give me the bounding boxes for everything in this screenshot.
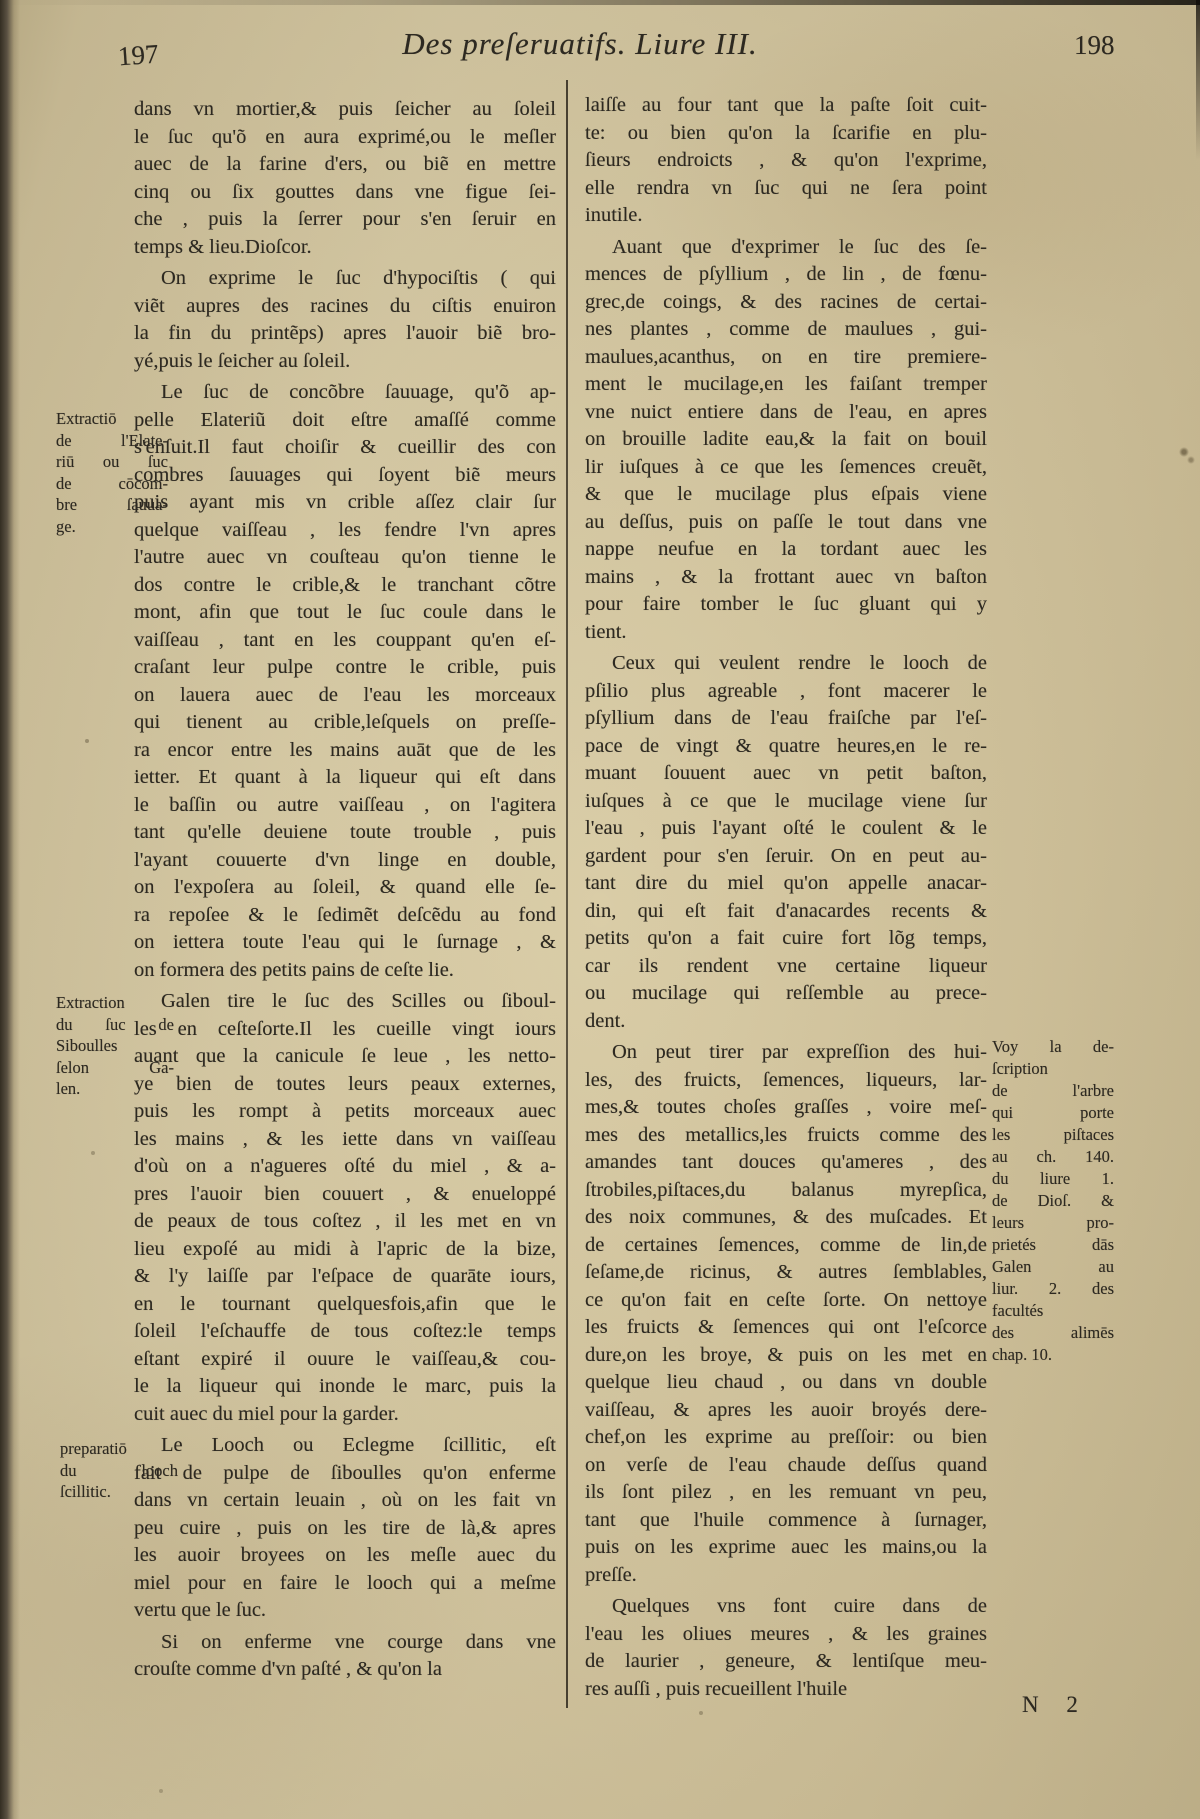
text-line: on l'expoſera au ſoleil, & quand elle ſe…	[134, 874, 556, 902]
text-line: l'eau , puis l'ayant oſté le coulent & l…	[585, 815, 987, 843]
text-line: lir iuſques à ce que les ſemences creuẽt…	[585, 454, 987, 482]
margin-note-line: ſcription	[992, 1058, 1114, 1080]
text-line: inutile.	[585, 202, 987, 230]
text-line: les mains , & les iette dans vn vaiſſeau	[134, 1126, 556, 1154]
text-line: gardent pour s'en ſeruir. On en peut au-	[585, 843, 987, 871]
text-line: ment le mucilage,en les faiſant tremper	[585, 371, 987, 399]
margin-note-line: len.	[56, 1078, 174, 1100]
paragraph: Quelques vns font cuire dans del'eau les…	[585, 1593, 987, 1703]
text-line: ſtrobiles,piſtaces,du balanus myrepſica,	[585, 1177, 987, 1205]
margin-note-line: ge.	[56, 516, 168, 538]
margin-note-line: des alimēs	[992, 1322, 1114, 1344]
text-line: nappe neufue en la tordant auec les	[585, 536, 987, 564]
text-line: ra encor entre les mains auāt que de les	[134, 737, 556, 765]
text-line: ſeſame,de ricinus, & autres ſemblables,	[585, 1259, 987, 1287]
text-line: mains , & la frottant auec vn baſton	[585, 564, 987, 592]
text-line: maulues,acanthus, on en tire premiere-	[585, 344, 987, 372]
text-line: ils ſont pilez , en les remuant vn peu,	[585, 1479, 987, 1507]
text-line: au deſſus, puis on paſſe le tout dans vn…	[585, 509, 987, 537]
text-line: laiſſe au four tant que la paſte ſoit cu…	[585, 92, 987, 120]
paragraph: Ceux qui veulent rendre le looch depſili…	[585, 650, 987, 1035]
text-line: iuſques à ce que le mucilage viene ſur	[585, 788, 987, 816]
text-line: Ceux qui veulent rendre le looch de	[585, 650, 987, 678]
margin-note-line: du liure 1.	[992, 1168, 1114, 1190]
ink-specks	[0, 0, 2, 2]
paragraph: laiſſe au four tant que la paſte ſoit cu…	[585, 92, 987, 230]
text-line: combres ſauuages qui ſoyent biẽ meurs	[134, 462, 556, 490]
text-line: l'autre auec vn couſteau qu'on tienne le	[134, 544, 556, 572]
text-line: en le tournant quelquesfois,afin que le	[134, 1291, 556, 1319]
margin-note-line: chap. 10.	[992, 1344, 1114, 1366]
paragraph: Si on enferme vne courge dans vnecrouſte…	[134, 1629, 556, 1684]
margin-note-siboulles: Extractiondu ſuc deSiboullesſelon Ga-len…	[56, 992, 174, 1100]
text-line: de laurier , geneure, & lentiſque meu-	[585, 1648, 987, 1676]
text-line: & l'y laiſſe par l'eſpace de quarāte iou…	[134, 1263, 556, 1291]
text-line: on lauera auec de l'eau les morceaux	[134, 682, 556, 710]
text-line: pelle Elateriũ doit eſtre amaſſé comme	[134, 407, 556, 435]
text-line: temps & lieu.Dioſcor.	[134, 234, 556, 262]
text-line: s'enſuit.Il faut choiſir & cueillir des …	[134, 434, 556, 462]
text-line: viẽt aupres des racines du ciſtis enuiro…	[134, 293, 556, 321]
text-line: cinq ou ſix gouttes dans vne figue ſei-	[134, 179, 556, 207]
text-line: dans vn mortier,& puis ſeicher au ſoleil	[134, 96, 556, 124]
margin-note-line: de l'Elate-	[56, 430, 168, 452]
text-line: ce qu'on fait en ceſte ſorte. On nettoye	[585, 1287, 987, 1315]
text-line: ſieurs endroicts , & qu'on l'exprime,	[585, 147, 987, 175]
book-page-scan: 197 Des preſeruatifs. Liure III. 198 dan…	[0, 0, 1200, 1819]
text-line: din, qui eſt fait d'anacardes recents &	[585, 898, 987, 926]
text-line: dans vn certain leuain , où on les fait …	[134, 1487, 556, 1515]
text-line: le baſſin ou autre vaiſſeau , on l'agite…	[134, 792, 556, 820]
text-line: miel pour en faire le looch qui a meſme	[134, 1570, 556, 1598]
text-line: dos contre le crible,& le tranchant cõtr…	[134, 572, 556, 600]
paragraph: Le ſuc de concõbre ſauuage, qu'õ ap-pell…	[134, 379, 556, 984]
text-line: pſyllium dans de l'eau fraiſche par l'eſ…	[585, 705, 987, 733]
text-line: vertu que le ſuc.	[134, 1597, 556, 1625]
margin-note-line: riū ou ſuc	[56, 451, 168, 473]
text-line: les en ceſteſorte.Il les cueille vingt i…	[134, 1016, 556, 1044]
text-line: mont, afin que tout le ſuc coule dans le	[134, 599, 556, 627]
binding-shadow	[0, 0, 20, 1819]
text-line: mences de pſyllium , de lin , de fœnu-	[585, 261, 987, 289]
text-line: ou mucilage qui reſſemble au prece-	[585, 980, 987, 1008]
paragraph: Galen tire le ſuc des Scilles ou ſiboul-…	[134, 988, 556, 1428]
text-line: chef,on les exprime au preſſoir: ou bien	[585, 1424, 987, 1452]
text-line: ra repoſee & le ſedimẽt deſcẽdu au fond	[134, 902, 556, 930]
paragraph: Auant que d'exprimer le ſuc des ſe-mence…	[585, 234, 987, 647]
text-line: l'eau les oliues meures , & les graines	[585, 1621, 987, 1649]
margin-note-line: du ſuc de	[56, 1014, 174, 1036]
page-number-left: 197	[117, 39, 160, 73]
margin-note-line: Extraction	[56, 992, 174, 1014]
margin-note-line: qui porte	[992, 1102, 1114, 1124]
text-line: lieu expoſé au midi à l'apric de la bize…	[134, 1236, 556, 1264]
text-line: mes,& toutes choſes graſſes , voire meſ-	[585, 1094, 987, 1122]
margin-note-line: les piſtaces	[992, 1124, 1114, 1146]
running-title: Des preſeruatifs. Liure III.	[300, 26, 860, 62]
margin-note-line: de cōcom-	[56, 473, 168, 495]
text-line: che , puis la ſerrer pour s'en ſeruir en	[134, 206, 556, 234]
paragraph: dans vn mortier,& puis ſeicher au ſoleil…	[134, 96, 556, 261]
text-line: les, des fruicts, ſemences, liqueurs, la…	[585, 1067, 987, 1095]
text-line: Auant que d'exprimer le ſuc des ſe-	[585, 234, 987, 262]
margin-note-elaterium: Extractiōde l'Elate-riū ou ſucde cōcom-b…	[56, 408, 168, 537]
text-line: puis les rompt à petits morceaux auec	[134, 1098, 556, 1126]
text-line: on iettera toute l'eau qui le ſurnage , …	[134, 929, 556, 957]
text-line: crouſte comme d'vn paſté , & qu'on la	[134, 1656, 556, 1684]
text-line: elle rendra vn ſuc qui ne ſera point	[585, 175, 987, 203]
text-line: vaiſſeau , tant en les couppant qu'en eſ…	[134, 627, 556, 655]
text-line: Quelques vns font cuire dans de	[585, 1593, 987, 1621]
text-line: les fruicts & ſemences qui ont l'eſcorce	[585, 1314, 987, 1342]
margin-note-line: ſelon Ga-	[56, 1057, 174, 1079]
text-line: de certaines ſemences, comme de lin,de	[585, 1232, 987, 1260]
text-line: puis ayant mis vn crible aſſez clair ſur	[134, 489, 556, 517]
text-line: tant dire du miel qu'on appelle anacar-	[585, 870, 987, 898]
text-line: craſant leur pulpe contre le crible, pui…	[134, 654, 556, 682]
margin-note-line: facultés	[992, 1300, 1114, 1322]
text-line: ye bien de toutes leurs peaux externes,	[134, 1071, 556, 1099]
text-line: pace de vingt & quatre heures,en le re-	[585, 733, 987, 761]
text-line: On peut tirer par expreſſion des hui-	[585, 1039, 987, 1067]
text-line: le la liqueur qui inonde le marc, puis l…	[134, 1373, 556, 1401]
text-line: les auoir broyees on les meſle auec du	[134, 1542, 556, 1570]
text-line: nes plantes , comme de maulues , gui-	[585, 316, 987, 344]
text-line: & que le mucilage plus eſpais viene	[585, 481, 987, 509]
margin-note-line: Siboulles	[56, 1035, 174, 1057]
text-line: Galen tire le ſuc des Scilles ou ſiboul-	[134, 988, 556, 1016]
text-line: qui tienent au crible,leſquels on preſſe…	[134, 709, 556, 737]
text-line: yé,puis le ſeicher au ſoleil.	[134, 348, 556, 376]
signature-mark: N 2	[1022, 1692, 1078, 1718]
page-edge-top	[0, 0, 1200, 5]
margin-note-line: de Dioſ. &	[992, 1190, 1114, 1212]
text-line: on formera des petits pains de ceſte lie…	[134, 957, 556, 985]
text-line: puis on les exprime auec les mains,ou la	[585, 1534, 987, 1562]
text-line: peu cuire , puis on les tire de là,& apr…	[134, 1515, 556, 1543]
text-line: amandes tant douces qu'ameres , des	[585, 1149, 987, 1177]
text-line: quelque vaiſſeau , les fendre l'vn apres	[134, 517, 556, 545]
text-line: d'où on a n'agueres oſté du miel , & a-	[134, 1153, 556, 1181]
margin-note-line: du looch	[60, 1460, 178, 1482]
text-line: preſſe.	[585, 1562, 987, 1590]
text-line: grec,de coings, & des racines de certai-	[585, 289, 987, 317]
text-line: car ils rendent vne certaine liqueur	[585, 953, 987, 981]
text-line: dure,on les broye, & puis on les met en	[585, 1342, 987, 1370]
right-column: laiſſe au four tant que la paſte ſoit cu…	[585, 92, 987, 1703]
text-line: pour faire tomber le ſuc gluant qui y	[585, 591, 987, 619]
text-line: on brouille ladite eau,& la fait on boui…	[585, 426, 987, 454]
margin-note-line: prietés dās	[992, 1234, 1114, 1256]
margin-note-line: leurs pro-	[992, 1212, 1114, 1234]
text-line: muant ſouuent auec vn petit baſton,	[585, 760, 987, 788]
text-line: pſilio plus agreable , font macerer le	[585, 678, 987, 706]
left-column: dans vn mortier,& puis ſeicher au ſoleil…	[134, 96, 556, 1684]
text-line: pres l'auoir bien couuert , & enueloppé	[134, 1181, 556, 1209]
text-line: vne nuict entiere dans de l'eau, en apre…	[585, 399, 987, 427]
paragraph: On peut tirer par expreſſion des hui-les…	[585, 1039, 987, 1589]
text-line: ſoleil l'eſchauffe de tous coſtez:le tem…	[134, 1318, 556, 1346]
text-line: vaiſſeau, & apres les auoir broyés dere-	[585, 1397, 987, 1425]
text-line: On exprime le ſuc d'hypociſtis ( qui	[134, 265, 556, 293]
text-line: Le Looch ou Eclegme ſcillitic, eſt	[134, 1432, 556, 1460]
margin-note-line: liur. 2. des	[992, 1278, 1114, 1300]
margin-note-line: preparatiō	[60, 1438, 178, 1460]
text-line: cuit auec du miel pour la garder.	[134, 1401, 556, 1429]
text-line: quelque lieu chaud , ou dans vn double	[585, 1369, 987, 1397]
paragraph: On exprime le ſuc d'hypociſtis ( quiviẽt…	[134, 265, 556, 375]
margin-note-line: Extractiō	[56, 408, 168, 430]
margin-note-looch: preparatiōdu loochſcillitic.	[60, 1438, 178, 1503]
margin-note-pistaces-reference: Voy la de-ſcriptionde l'arbrequi portele…	[992, 1036, 1114, 1366]
text-line: te: ou bien qu'on la ſcarifie en plu-	[585, 120, 987, 148]
text-line: mes des metallics,les fruicts comme des	[585, 1122, 987, 1150]
text-line: ietter. Et quant à la liqueur qui eſt da…	[134, 764, 556, 792]
text-line: dent.	[585, 1008, 987, 1036]
text-line: tant que l'huile commence à ſurnager,	[585, 1507, 987, 1535]
text-line: Le ſuc de concõbre ſauuage, qu'õ ap-	[134, 379, 556, 407]
column-divider	[566, 80, 568, 1708]
page-number-right: 198	[1074, 30, 1115, 61]
margin-note-line: Galen au	[992, 1256, 1114, 1278]
text-line: la fin du printẽps) apres l'auoir biẽ br…	[134, 320, 556, 348]
margin-note-line: au ch. 140.	[992, 1146, 1114, 1168]
text-line: Si on enferme vne courge dans vne	[134, 1629, 556, 1657]
margin-note-line: Voy la de-	[992, 1036, 1114, 1058]
page-edge-right	[1196, 0, 1200, 160]
text-line: res auſſi , puis recueillent l'huile	[585, 1676, 987, 1704]
text-line: des noix communes, & des muſcades. Et	[585, 1204, 987, 1232]
text-line: tant qu'elle deuiene toute trouble , pui…	[134, 819, 556, 847]
text-line: fait de pulpe de ſiboulles qu'on enferme	[134, 1460, 556, 1488]
margin-note-line: ſcillitic.	[60, 1481, 178, 1503]
margin-note-line: bre ſauua-	[56, 494, 168, 516]
text-line: tient.	[585, 619, 987, 647]
text-line: auec de la farine d'ers, ou biẽ en mettr…	[134, 151, 556, 179]
margin-note-line: de l'arbre	[992, 1080, 1114, 1102]
text-line: eſtant expiré il ouure le vaiſſeau,& cou…	[134, 1346, 556, 1374]
text-line: petits qu'on a fait cuire fort lõg temps…	[585, 925, 987, 953]
text-line: auant que la canicule ſe leue , les nett…	[134, 1043, 556, 1071]
text-line: de peaux de tous coſtez , il les met en …	[134, 1208, 556, 1236]
text-line: l'ayant couuerte d'vn linge en double,	[134, 847, 556, 875]
text-line: on verſe de l'eau chaude deſſus quand	[585, 1452, 987, 1480]
paragraph: Le Looch ou Eclegme ſcillitic, eſtfait d…	[134, 1432, 556, 1625]
text-line: le ſuc qu'õ en aura exprimé,ou le meſler	[134, 124, 556, 152]
